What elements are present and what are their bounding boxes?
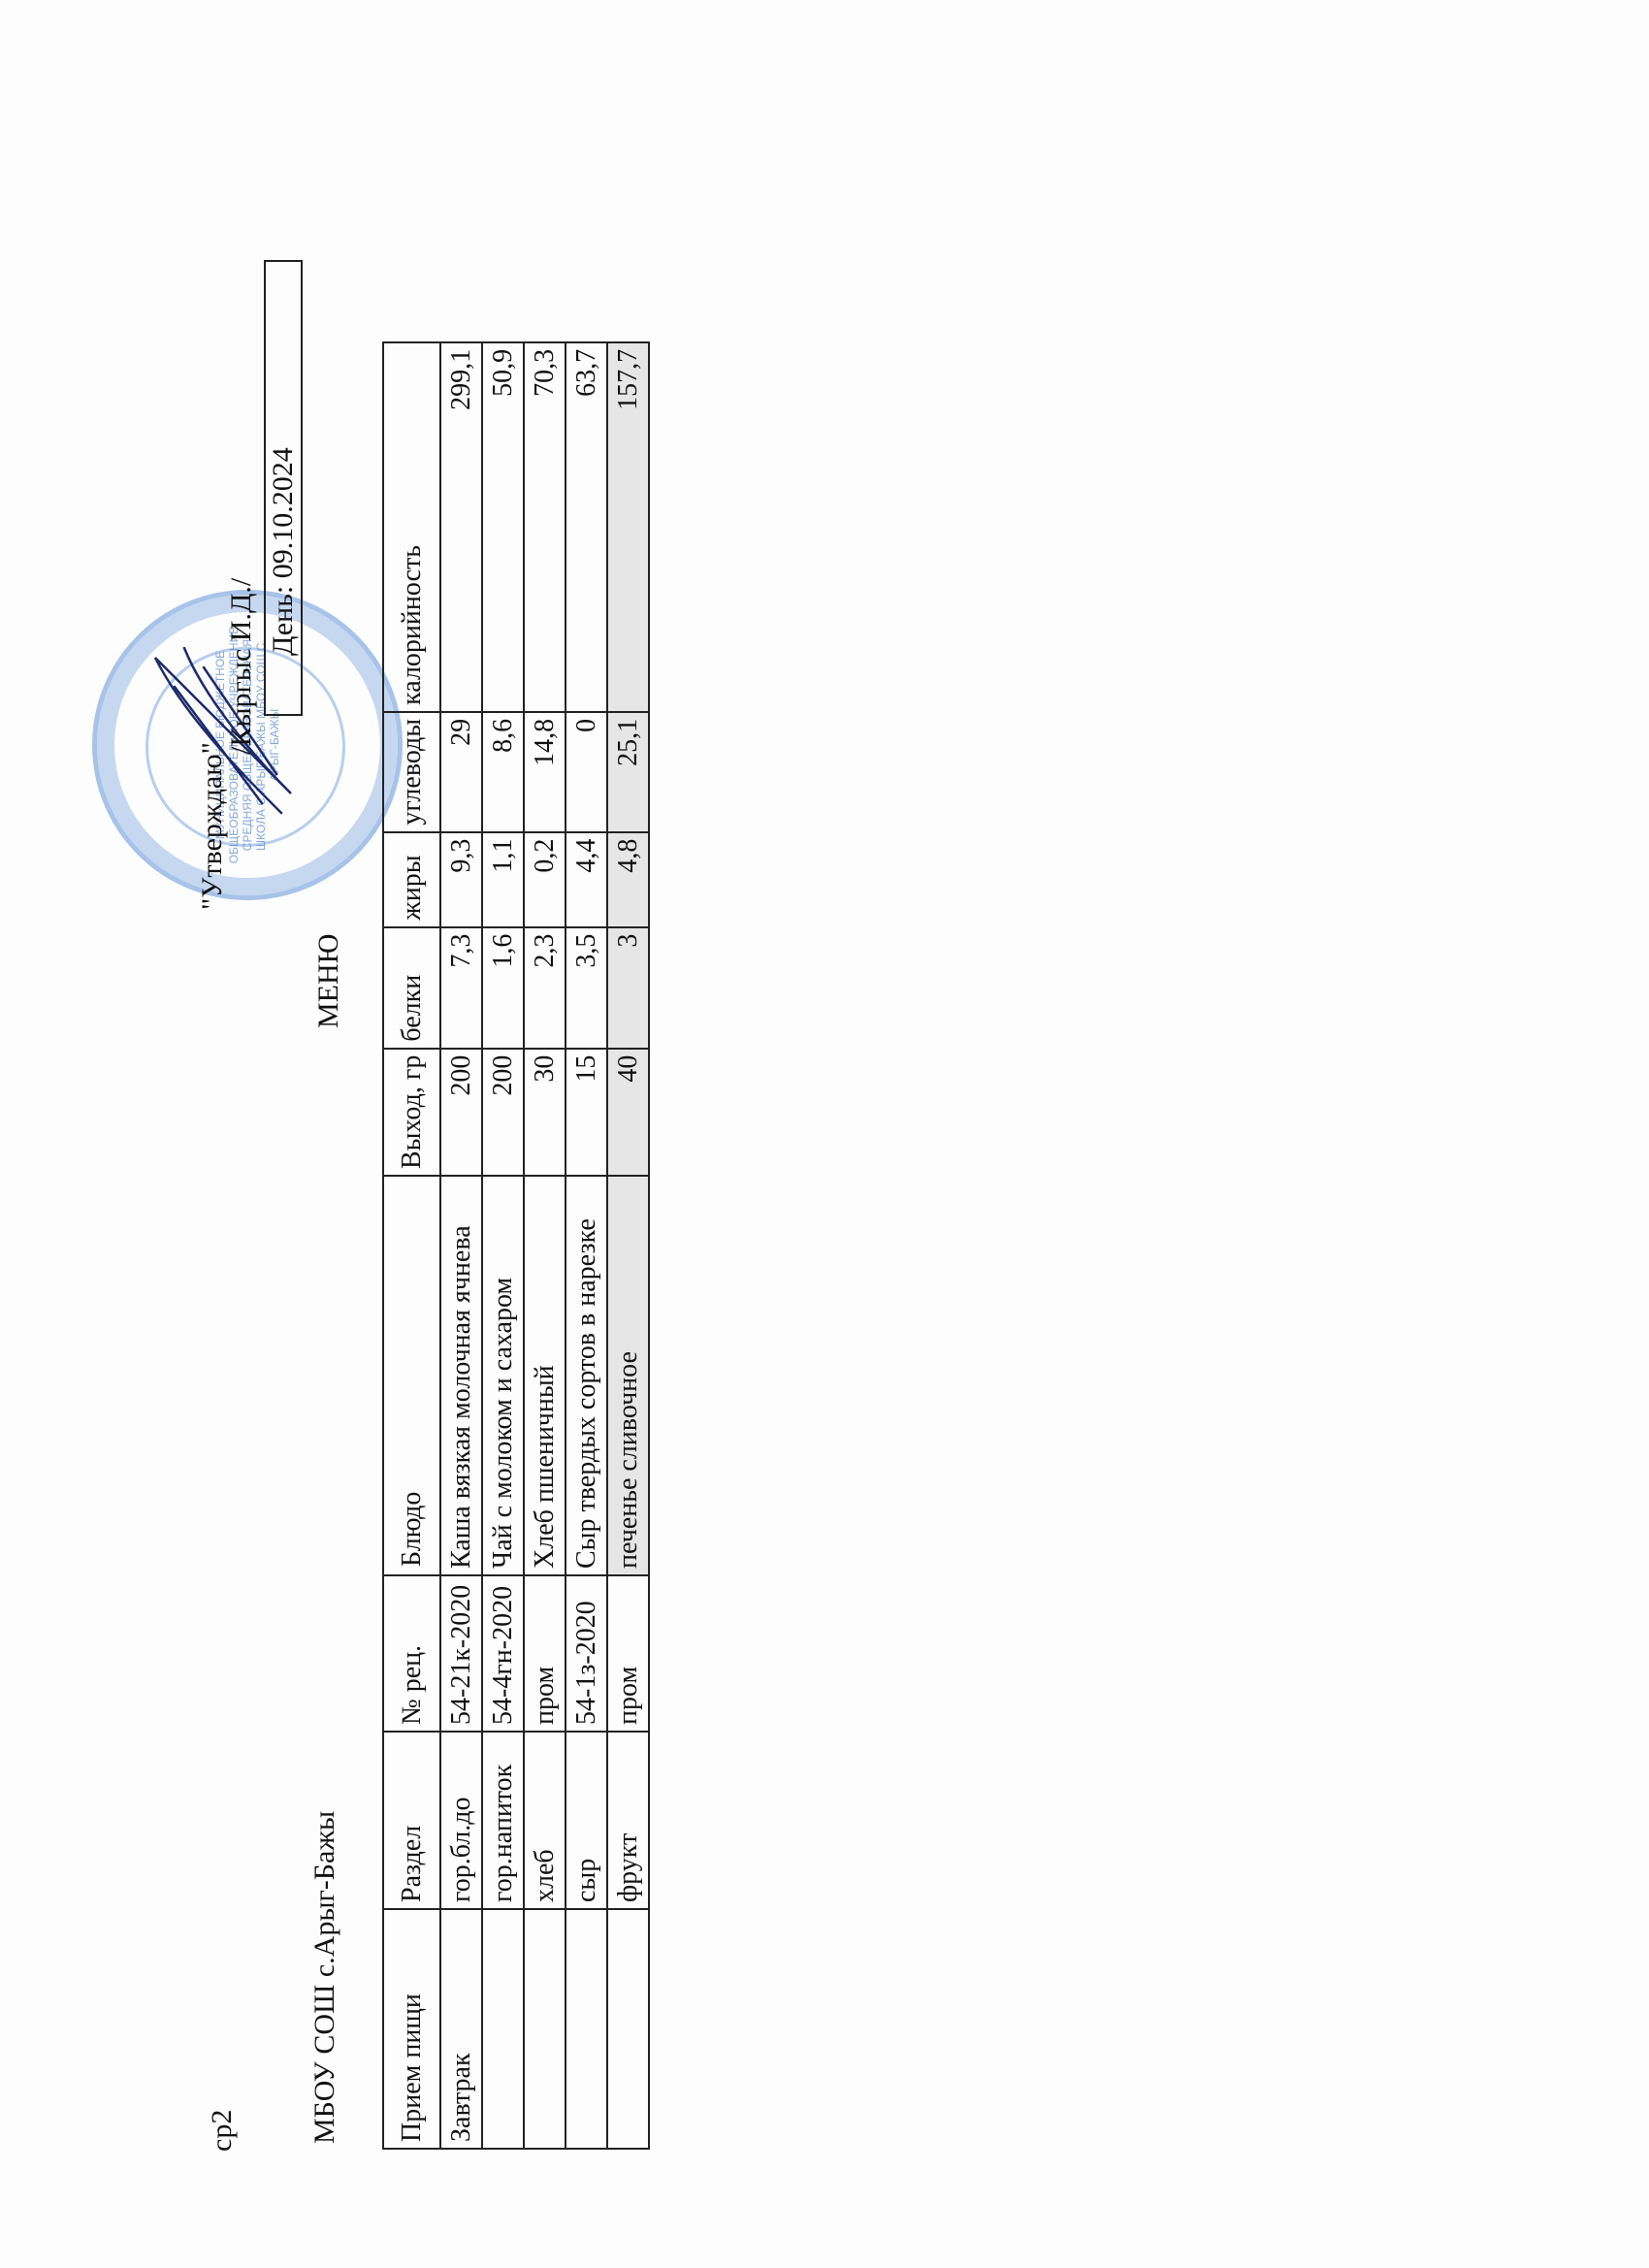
cell-carbs: 25,1 — [607, 712, 649, 832]
menu-page: ср2 МБОУ СОШ с.Арыг-Бажы МЕНЮ МУНИЦИПАЛЬ… — [0, 0, 1649, 2268]
cell-protein: 3 — [607, 927, 649, 1049]
cell-fat: 4,8 — [607, 832, 649, 927]
header-section: Раздел — [383, 1732, 440, 1909]
cell-meal: Завтрак — [440, 1909, 482, 2149]
cell-dish: печенье сливочное — [607, 1176, 649, 1575]
cell-section: хлеб — [524, 1732, 566, 1909]
table-row: сыр54-1з-2020Сыр твердых сортов в нарезк… — [566, 342, 607, 2149]
cell-kcal: 50,9 — [482, 342, 524, 712]
approval-label: "Утверждаю" — [196, 742, 229, 910]
date-box: День: 09.10.2024 — [264, 260, 303, 716]
cell-carbs: 0 — [566, 712, 607, 832]
table-row: хлебпромХлеб пшеничный302,30,214,870,3 — [524, 342, 566, 2149]
document-code: ср2 — [206, 2110, 239, 2152]
cell-recipe: пром — [607, 1575, 649, 1732]
header-recipe: № рец. — [383, 1575, 440, 1732]
table-row: гор.напиток54-4гн-2020Чай с молоком и са… — [482, 342, 524, 2149]
cell-recipe: пром — [524, 1575, 566, 1732]
cell-fat: 0,2 — [524, 832, 566, 927]
table-row: фруктпромпеченье сливочное4034,825,1157,… — [607, 342, 649, 2149]
cell-section: фрукт — [607, 1732, 649, 1909]
header-yield: Выход, гр — [383, 1049, 440, 1176]
cell-yield: 30 — [524, 1049, 566, 1176]
cell-carbs: 29 — [440, 712, 482, 832]
header-meal: Прием пищи — [383, 1909, 440, 2149]
cell-yield: 15 — [566, 1049, 607, 1176]
cell-recipe: 54-21к-2020 — [440, 1575, 482, 1732]
cell-recipe: 54-4гн-2020 — [482, 1575, 524, 1732]
cell-protein: 2,3 — [524, 927, 566, 1049]
cell-kcal: 63,7 — [566, 342, 607, 712]
header-protein: белки — [383, 927, 440, 1049]
header-carbs: углеводы — [383, 712, 440, 832]
cell-fat: 4,4 — [566, 832, 607, 927]
cell-section: гор.бл.до — [440, 1732, 482, 1909]
cell-dish: Каша вязкая молочная ячнева — [440, 1176, 482, 1575]
header-fat: жиры — [383, 832, 440, 927]
cell-section: гор.напиток — [482, 1732, 524, 1909]
cell-yield: 40 — [607, 1049, 649, 1176]
cell-dish: Хлеб пшеничный — [524, 1176, 566, 1575]
cell-meal — [607, 1909, 649, 2149]
menu-table: Прием пищи Раздел № рец. Блюдо Выход, гр… — [382, 341, 650, 2150]
table-row: Завтракгор.бл.до54-21к-2020Каша вязкая м… — [440, 342, 482, 2149]
cell-dish: Сыр твердых сортов в нарезке — [566, 1176, 607, 1575]
cell-carbs: 8,6 — [482, 712, 524, 832]
cell-protein: 7,3 — [440, 927, 482, 1049]
cell-meal — [566, 1909, 607, 2149]
school-name: МБОУ СОШ с.Арыг-Бажы — [308, 1811, 341, 2144]
page-title: МЕНЮ — [312, 934, 345, 1029]
cell-carbs: 14,8 — [524, 712, 566, 832]
cell-meal — [524, 1909, 566, 2149]
header-kcal: калорийность — [383, 342, 440, 712]
header-dish: Блюдо — [383, 1176, 440, 1575]
table-header-row: Прием пищи Раздел № рец. Блюдо Выход, гр… — [383, 342, 440, 2149]
cell-recipe: 54-1з-2020 — [566, 1575, 607, 1732]
cell-kcal: 299,1 — [440, 342, 482, 712]
cell-section: сыр — [566, 1732, 607, 1909]
cell-yield: 200 — [482, 1049, 524, 1176]
cell-kcal: 70,3 — [524, 342, 566, 712]
cell-meal — [482, 1909, 524, 2149]
cell-protein: 1,6 — [482, 927, 524, 1049]
cell-yield: 200 — [440, 1049, 482, 1176]
cell-dish: Чай с молоком и сахаром — [482, 1176, 524, 1575]
cell-protein: 3,5 — [566, 927, 607, 1049]
cell-fat: 1,1 — [482, 832, 524, 927]
signer-name: /Кыргыс И.Д./ — [225, 578, 258, 755]
cell-kcal: 157,7 — [607, 342, 649, 712]
cell-fat: 9,3 — [440, 832, 482, 927]
